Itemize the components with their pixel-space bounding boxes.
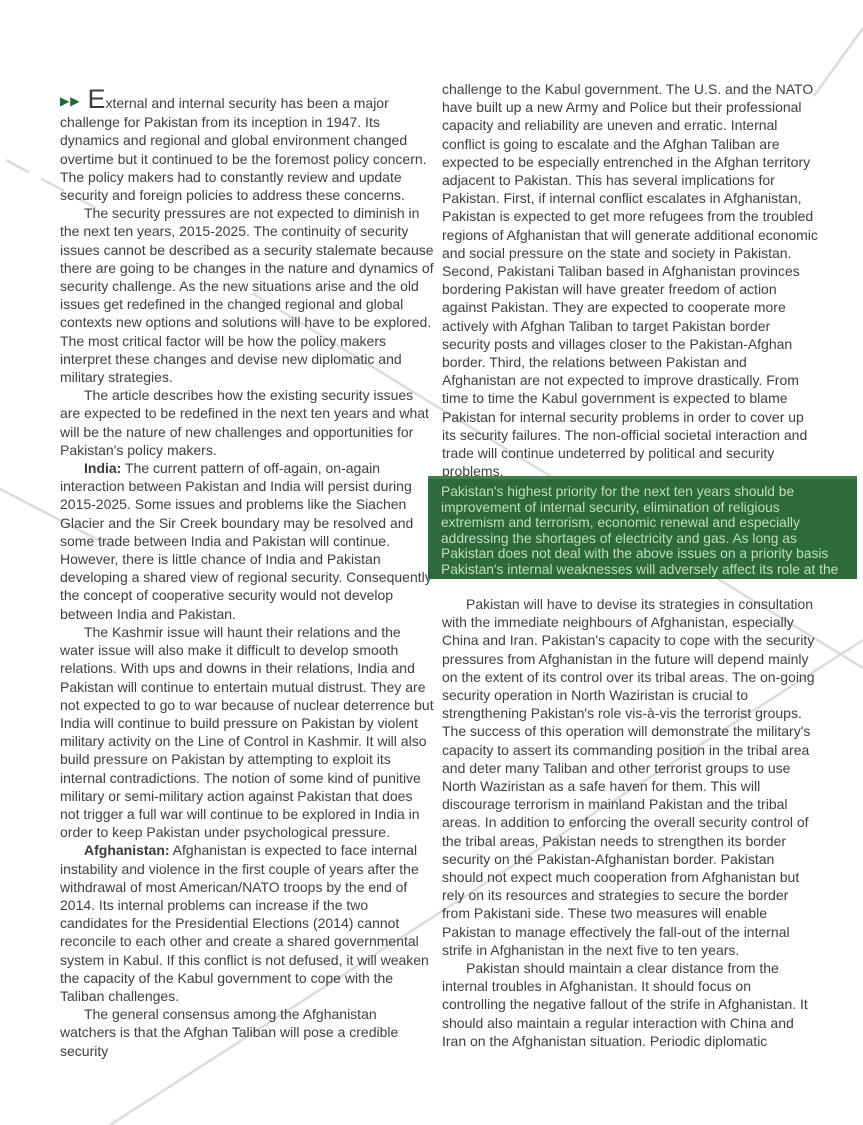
right-column-bottom: Pakistan will have to devise its strateg… — [442, 595, 818, 1050]
callout-text: Pakistan's highest priority for the next… — [441, 484, 838, 579]
paragraph: The security pressures are not expected … — [60, 204, 434, 386]
double-arrow-icon: ▶▶ — [60, 94, 80, 108]
paragraph-text: Pakistan should maintain a clear distanc… — [442, 960, 808, 1049]
paragraph-text: The general consensus among the Afghanis… — [60, 1006, 398, 1058]
paragraph-text: challenge to the Kabul government. The U… — [442, 81, 818, 479]
paragraph: The Kashmir issue will haunt their relat… — [60, 623, 434, 841]
paragraph-text: The article describes how the existing s… — [60, 387, 429, 458]
paragraph-text: The security pressures are not expected … — [60, 205, 434, 385]
paragraph-text: The current pattern of off-again, on-aga… — [60, 460, 432, 622]
right-column-top: challenge to the Kabul government. The U… — [442, 80, 818, 480]
paragraph-text: The Kashmir issue will haunt their relat… — [60, 624, 434, 840]
paragraph: Pakistan will have to devise its strateg… — [442, 595, 818, 959]
paragraph-lead: India: — [84, 460, 121, 476]
paragraph: challenge to the Kabul government. The U… — [442, 80, 818, 480]
highlight-callout-box: Pakistan's highest priority for the next… — [428, 476, 857, 579]
paragraph-text: Afghanistan is expected to face internal… — [60, 842, 429, 1004]
paragraph: The general consensus among the Afghanis… — [60, 1005, 434, 1060]
paragraph: The article describes how the existing s… — [60, 386, 434, 459]
paragraph-text: Pakistan will have to devise its strateg… — [442, 596, 815, 958]
left-column: ▶▶External and internal security has bee… — [60, 86, 434, 1060]
diagonal-line — [814, 28, 863, 96]
paragraph: Pakistan should maintain a clear distanc… — [442, 959, 818, 1050]
document-page: ▶▶External and internal security has bee… — [0, 0, 863, 1125]
paragraph-india: India: The current pattern of off-again,… — [60, 459, 434, 623]
paragraph-lead: Afghanistan: — [84, 842, 170, 858]
paragraph-text: xternal and internal security has been a… — [60, 95, 427, 203]
paragraph-afghanistan: Afghanistan: Afghanistan is expected to … — [60, 841, 434, 1005]
opening-paragraph: ▶▶External and internal security has bee… — [60, 86, 434, 204]
drop-cap: E — [87, 84, 105, 114]
